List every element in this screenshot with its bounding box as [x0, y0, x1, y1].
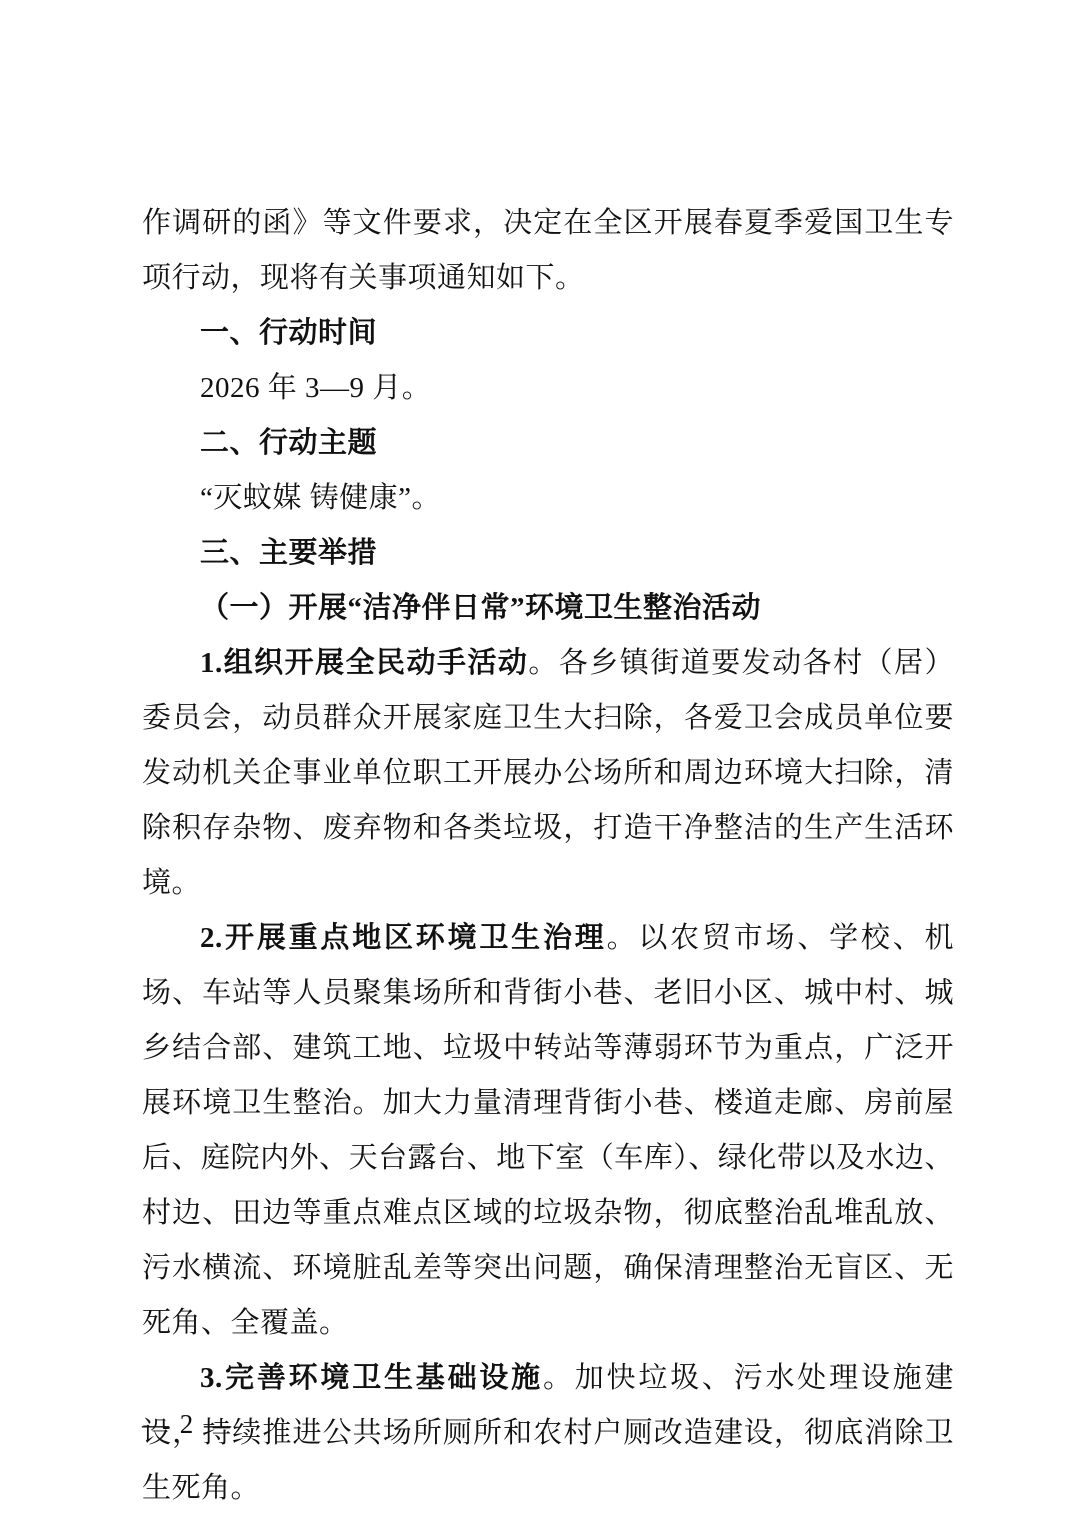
document-body: 作调研的函》等文件要求，决定在全区开展春夏季爱国卫生专项行动，现将有关事项通知如… — [142, 196, 954, 1516]
paragraph-action-time: 2026 年 3—9 月。 — [142, 361, 954, 416]
paragraph-measure-3: 3.完善环境卫生基础设施。加快垃圾、污水处理设施建设，持续推进公共场所厕所和农村… — [142, 1351, 954, 1516]
paragraph-measure-2-lead: 2.开展重点地区环境卫生治理 — [200, 922, 607, 954]
paragraph-measure-1-lead: 1.组织开展全民动手活动 — [200, 647, 528, 679]
paragraph-measure-1-text: 。各乡镇街道要发动各村（居）委员会，动员群众开展家庭卫生大扫除，各爱卫会成员单位… — [142, 647, 954, 899]
section-heading-1: 一、行动时间 — [142, 306, 954, 361]
paragraph-continuation: 作调研的函》等文件要求，决定在全区开展春夏季爱国卫生专项行动，现将有关事项通知如… — [142, 196, 954, 306]
paragraph-measure-3-lead: 3.完善环境卫生基础设施 — [200, 1362, 543, 1394]
paragraph-measure-2: 2.开展重点地区环境卫生治理。以农贸市场、学校、机场、车站等人员聚集场所和背街小… — [142, 911, 954, 1351]
section-heading-2: 二、行动主题 — [142, 416, 954, 471]
page-number: — 2 — — [142, 1404, 233, 1444]
document-page: 作调研的函》等文件要求，决定在全区开展春夏季爱国卫生专项行动，现将有关事项通知如… — [0, 0, 1074, 1520]
paragraph-measure-1: 1.组织开展全民动手活动。各乡镇街道要发动各村（居）委员会，动员群众开展家庭卫生… — [142, 636, 954, 911]
paragraph-measure-2-text: 。以农贸市场、学校、机场、车站等人员聚集场所和背街小巷、老旧小区、城中村、城乡结… — [142, 922, 954, 1339]
subsection-heading-1: （一）开展“洁净伴日常”环境卫生整治活动 — [142, 581, 954, 636]
paragraph-action-theme: “灭蚊媒 铸健康”。 — [142, 471, 954, 526]
section-heading-3: 三、主要举措 — [142, 526, 954, 581]
